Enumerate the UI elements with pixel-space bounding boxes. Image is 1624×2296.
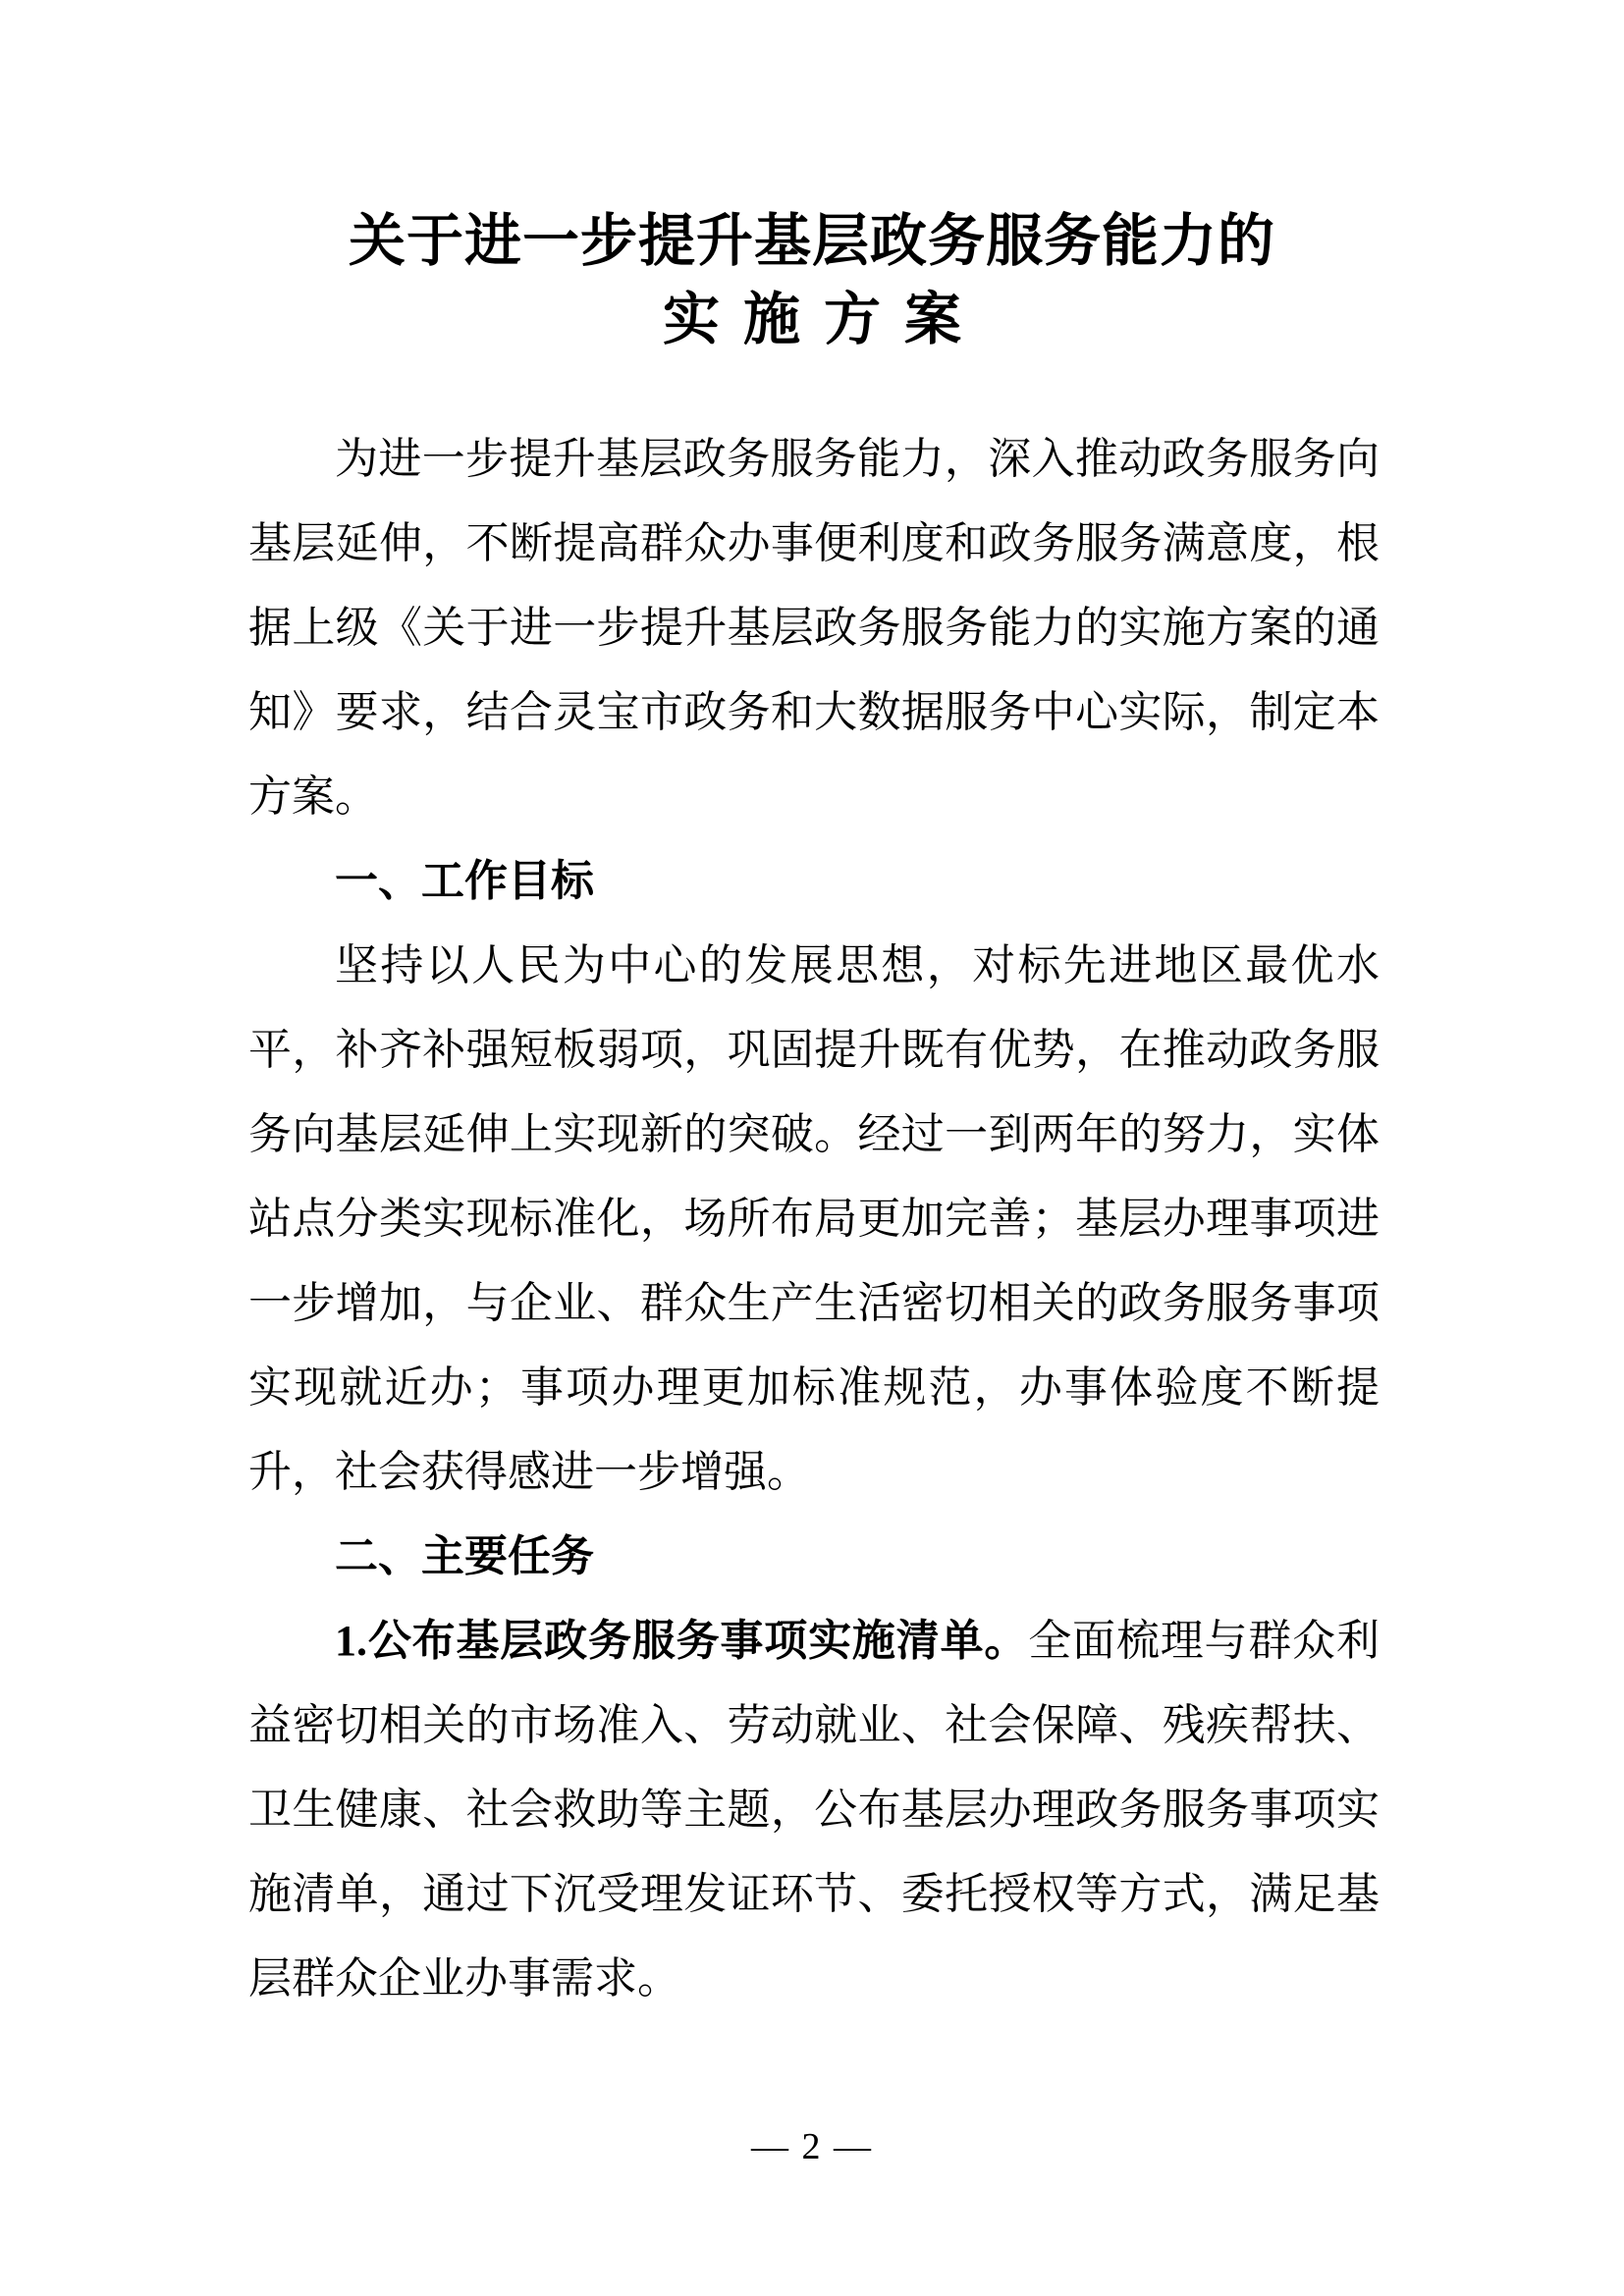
document-title: 关于进一步提升基层政务服务能力的 实施方案 [0, 202, 1624, 359]
work-goals-paragraph: 坚持以人民为中心的发展思想，对标先进地区最优水平，补齐补强短板弱项，巩固提升既有… [248, 924, 1380, 1515]
title-line-2: 实施方案 [0, 281, 1624, 359]
document-body: 为进一步提升基层政务服务能力，深入推动政务服务向基层延伸，不断提高群众办事便利度… [248, 417, 1380, 2021]
intro-paragraph: 为进一步提升基层政务服务能力，深入推动政务服务向基层延伸，不断提高群众办事便利度… [248, 417, 1380, 839]
task1-body-text: 全面梳理与群众利益密切相关的市场准入、劳动就业、社会保障、残疾帮扶、卫生健康、社… [248, 1617, 1380, 2002]
title-line-1: 关于进一步提升基层政务服务能力的 [0, 202, 1624, 281]
task1-lead-sentence: 1.公布基层政务服务事项实施清单。 [335, 1617, 1028, 1665]
page-number: — 2 — [0, 2124, 1624, 2169]
section-heading-main-tasks: 二、主要任务 [248, 1515, 1380, 1599]
document-page: 关于进一步提升基层政务服务能力的 实施方案 为进一步提升基层政务服务能力，深入推… [0, 0, 1624, 2296]
section-heading-work-goals: 一、工作目标 [248, 839, 1380, 924]
task1-paragraph: 1.公布基层政务服务事项实施清单。全面梳理与群众利益密切相关的市场准入、劳动就业… [248, 1599, 1380, 2021]
